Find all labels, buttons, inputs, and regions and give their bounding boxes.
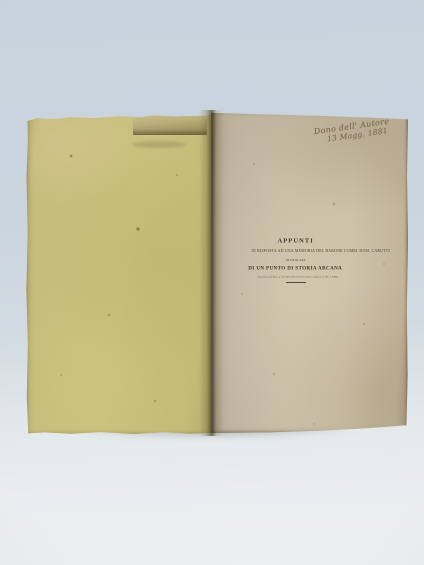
torn-paper-flap [133,107,207,135]
ornament-rule [286,282,306,283]
left-blank-page [26,112,213,435]
title-connector-word: INTITOLATA [197,253,394,260]
book-photo: Dono dell' Autore 13 Magg. 1881 APPUNTI … [0,0,424,565]
foxing-specks [26,112,28,114]
work-title: DI UN PUNTO DI STORIA ARCANA [197,261,394,271]
title-page: Dono dell' Autore 13 Magg. 1881 APPUNTI … [211,111,408,433]
title-response-line: IN RISPOSTA AD UNA MEMORIA DEL BARONE CO… [197,245,394,253]
title-heading: APPUNTI [197,233,394,244]
foxing-specks [211,111,213,113]
faded-stamp-smudge [132,141,186,148]
imprint-note: (Inserita nella Disp. 4ª del 1878 dell'A… [197,271,394,277]
handwritten-inscription: Dono dell' Autore 13 Magg. 1881 [313,113,418,145]
printed-title-block: APPUNTI IN RISPOSTA AD UNA MEMORIA DEL B… [197,233,394,283]
